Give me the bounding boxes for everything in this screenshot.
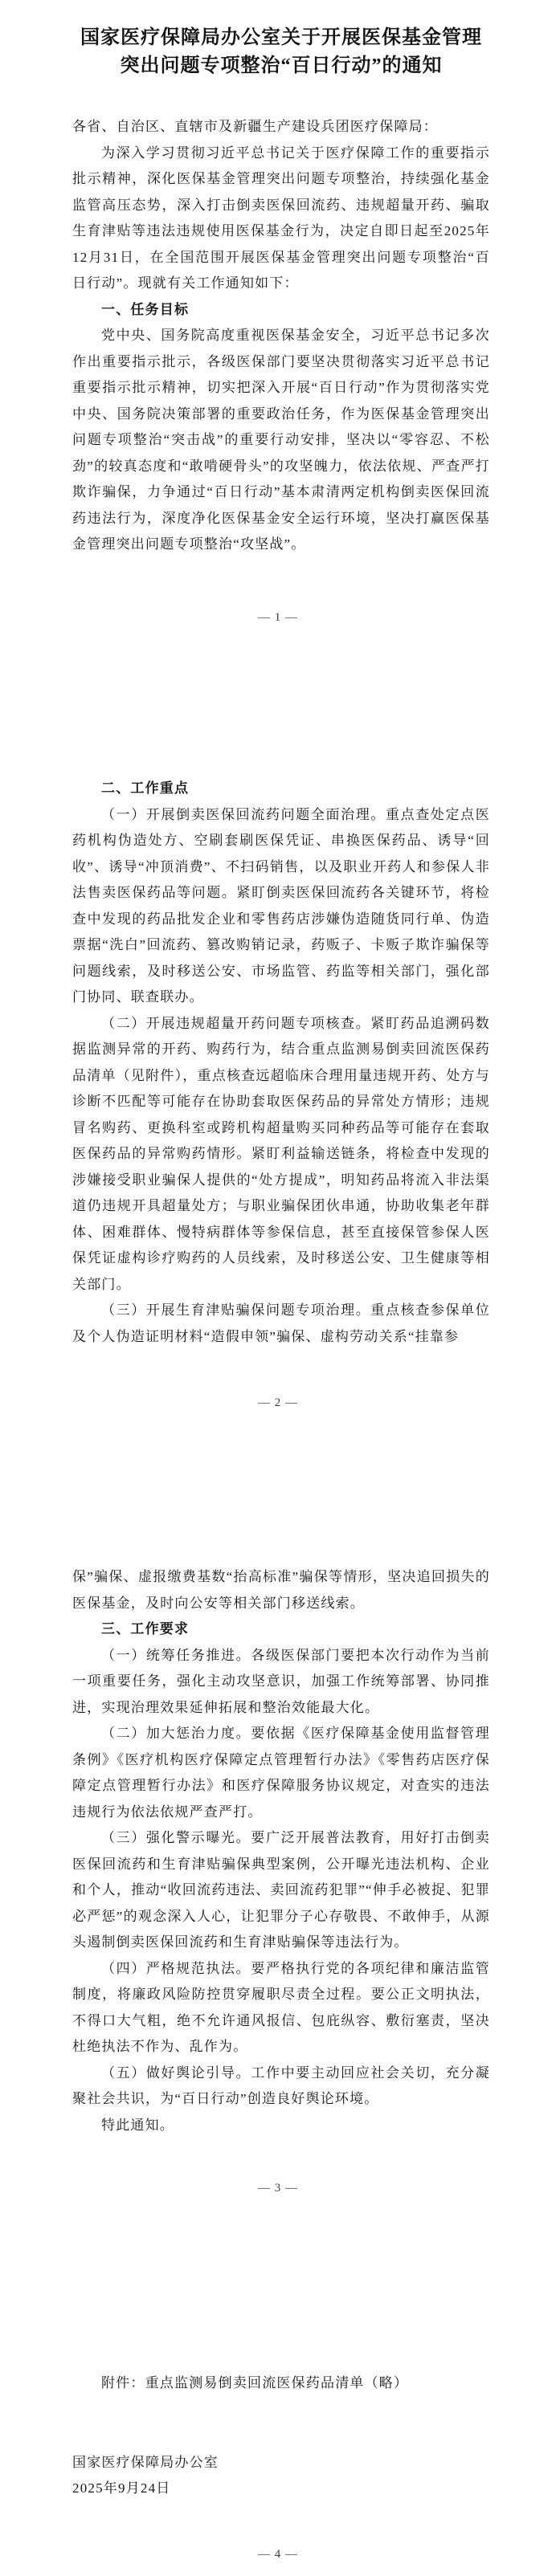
document-title: 国家医疗保障局办公室关于开展医保基金管理 突出问题专项整治“百日行动”的通知 xyxy=(80,24,482,80)
section-3-heading: 三、工作要求 xyxy=(72,1616,490,1643)
page-number-1: — 1 — xyxy=(0,611,556,625)
section-3-item-1: （一）统筹任务推进。各级医保部门要把本次行动作为当前一项重要任务，强化主动攻坚意… xyxy=(72,1643,490,1722)
attachment-line: 附件：重点监测易倒卖回流医保药品清单（略） xyxy=(72,2370,490,2397)
signature-block: 国家医疗保障局办公室 2025年9月24日 xyxy=(72,2450,490,2502)
section-2-item-1: （一）开展倒卖医保回流药问题全面治理。重点查处定点医药机构伪造处方、空刷套刷医保… xyxy=(72,802,490,1011)
section-3-item-5: （五）做好舆论引导。工作中要主动回应社会关切，充分凝聚社会共识，为“百日行动”创… xyxy=(72,2060,490,2113)
document-page-4: 附件：重点监测易倒卖回流医保药品清单（略） 国家医疗保障局办公室 2025年9月… xyxy=(0,2266,556,2576)
document-page-3: 保”骗保、虚报缴费基数“抬高标准”骗保等情形，坚决追回损失的医保基金，及时向公安… xyxy=(0,1481,556,2266)
page-2-content: 二、工作重点 （一）开展倒卖医保回流药问题全面治理。重点查处定点医药机构伪造处方… xyxy=(0,776,556,1350)
document-page-1: 国家医疗保障局办公室关于开展医保基金管理 突出问题专项整治“百日行动”的通知 各… xyxy=(0,0,556,695)
section-1-paragraph: 党中央、国务院高度重视医保基金安全，习近平总书记多次作出重要指示批示，各级医保部… xyxy=(72,323,490,558)
page-number-4: — 4 — xyxy=(0,2548,556,2562)
page-3-content: 保”骗保、虚报缴费基数“抬高标准”骗保等情形，坚决追回损失的医保基金，及时向公安… xyxy=(0,1564,556,2138)
document-title-line-1: 国家医疗保障局办公室关于开展医保基金管理 xyxy=(80,24,482,52)
page-number-2: — 2 — xyxy=(0,1396,556,1410)
intro-paragraph: 为深入学习贯彻习近平总书记关于医疗保障工作的重要指示批示精神，深化医保基金管理突… xyxy=(72,141,490,297)
document-title-line-2: 突出问题专项整治“百日行动”的通知 xyxy=(80,52,482,80)
section-2-heading: 二、工作重点 xyxy=(72,776,490,802)
page-number-3: — 3 — xyxy=(0,2182,556,2195)
document-page-2: 二、工作重点 （一）开展倒卖医保回流药问题全面治理。重点查处定点医药机构伪造处方… xyxy=(0,695,556,1481)
document-salutation: 各省、自治区、直辖市及新疆生产建设兵团医疗保障局： xyxy=(72,114,490,141)
section-3-item-2: （二）加大惩治力度。要依据《医疗保障基金使用监督管理条例》《医疗机构医疗保障定点… xyxy=(72,1721,490,1825)
issuing-office-signature: 国家医疗保障局办公室 xyxy=(72,2450,490,2476)
closing-line: 特此通知。 xyxy=(72,2113,490,2139)
section-2-item-2: （二）开展违规超量开药问题专项核查。紧盯药品追溯码数据监测异常的开药、购药行为，… xyxy=(72,1011,490,1298)
section-3-item-4: （四）严格规范执法。要严格执行党的各项纪律和廉洁监管制度，将廉政风险防控贯穿履职… xyxy=(72,1956,490,2060)
section-3-item-3: （三）强化警示曝光。要广泛开展普法教育，用好打击倒卖医保回流药和生育津贴骗保典型… xyxy=(72,1825,490,1956)
section-1-heading: 一、任务目标 xyxy=(72,297,490,324)
section-2-item-3-part-2: 保”骗保、虚报缴费基数“抬高标准”骗保等情形，坚决追回损失的医保基金，及时向公安… xyxy=(72,1564,490,1616)
section-2-item-3-part-1: （三）开展生育津贴骗保问题专项治理。重点核查参保单位及个人伪造证明材料“造假申领… xyxy=(72,1298,490,1350)
page-4-content: 附件：重点监测易倒卖回流医保药品清单（略） 国家医疗保障局办公室 2025年9月… xyxy=(0,2370,556,2502)
issue-date: 2025年9月24日 xyxy=(72,2476,490,2502)
page-1-content: 国家医疗保障局办公室关于开展医保基金管理 突出问题专项整治“百日行动”的通知 各… xyxy=(0,24,556,558)
